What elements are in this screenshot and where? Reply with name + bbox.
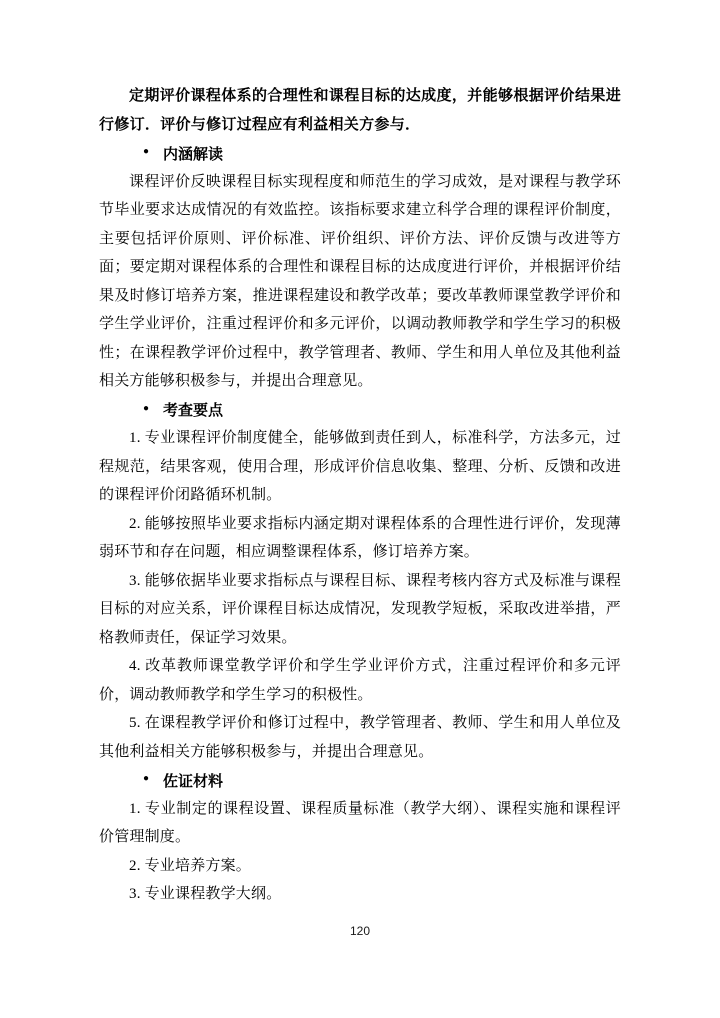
page-content: 定期评价课程体系的合理性和课程目标的达成度，并能够根据评价结果进行修订．评价与修… [99,82,621,909]
section-heading-zuozheng-cailiao: ● 佐证材料 [99,766,621,795]
evidence-paragraph-2: 2. 专业培养方案。 [99,852,621,881]
evidence-paragraph-3: 3. 专业课程教学大纲。 [99,880,621,909]
bullet-icon: ● [143,774,149,784]
list-paragraph-1: 1. 专业课程评价制度健全，能够做到责任到人，标准科学，方法多元，过程规范，结果… [99,424,621,510]
section-heading-kaocha-yaodian: ● 考查要点 [99,396,621,425]
bullet-icon: ● [143,404,149,414]
document-page: 定期评价课程体系的合理性和课程目标的达成度，并能够根据评价结果进行修订．评价与修… [0,0,720,1018]
bullet-icon: ● [143,147,149,157]
list-paragraph-2: 2. 能够按照毕业要求指标内涵定期对课程体系的合理性进行评价，发现薄弱环节和存在… [99,510,621,567]
section-heading-neihan-jiedu: ● 内涵解读 [99,139,621,168]
list-paragraph-5: 5. 在课程教学评价和修订过程中，教学管理者、教师、学生和用人单位及其他利益相关… [99,709,621,766]
section-heading-label: 考查要点 [163,399,223,420]
section-heading-label: 佐证材料 [163,770,223,791]
list-paragraph-3: 3. 能够依据毕业要求指标点与课程目标、课程考核内容方式及标准与课程目标的对应关… [99,567,621,653]
body-paragraph: 课程评价反映课程目标实现程度和师范生的学习成效，是对课程与教学环节毕业要求达成情… [99,168,621,396]
evidence-paragraph-1: 1. 专业制定的课程设置、课程质量标准（教学大纲）、课程实施和课程评价管理制度。 [99,795,621,852]
list-paragraph-4: 4. 改革教师课堂教学评价和学生学业评价方式，注重过程评价和多元评价，调动教师教… [99,652,621,709]
intro-paragraph: 定期评价课程体系的合理性和课程目标的达成度，并能够根据评价结果进行修订．评价与修… [99,82,621,139]
page-number: 120 [0,924,720,938]
section-heading-label: 内涵解读 [163,143,223,164]
